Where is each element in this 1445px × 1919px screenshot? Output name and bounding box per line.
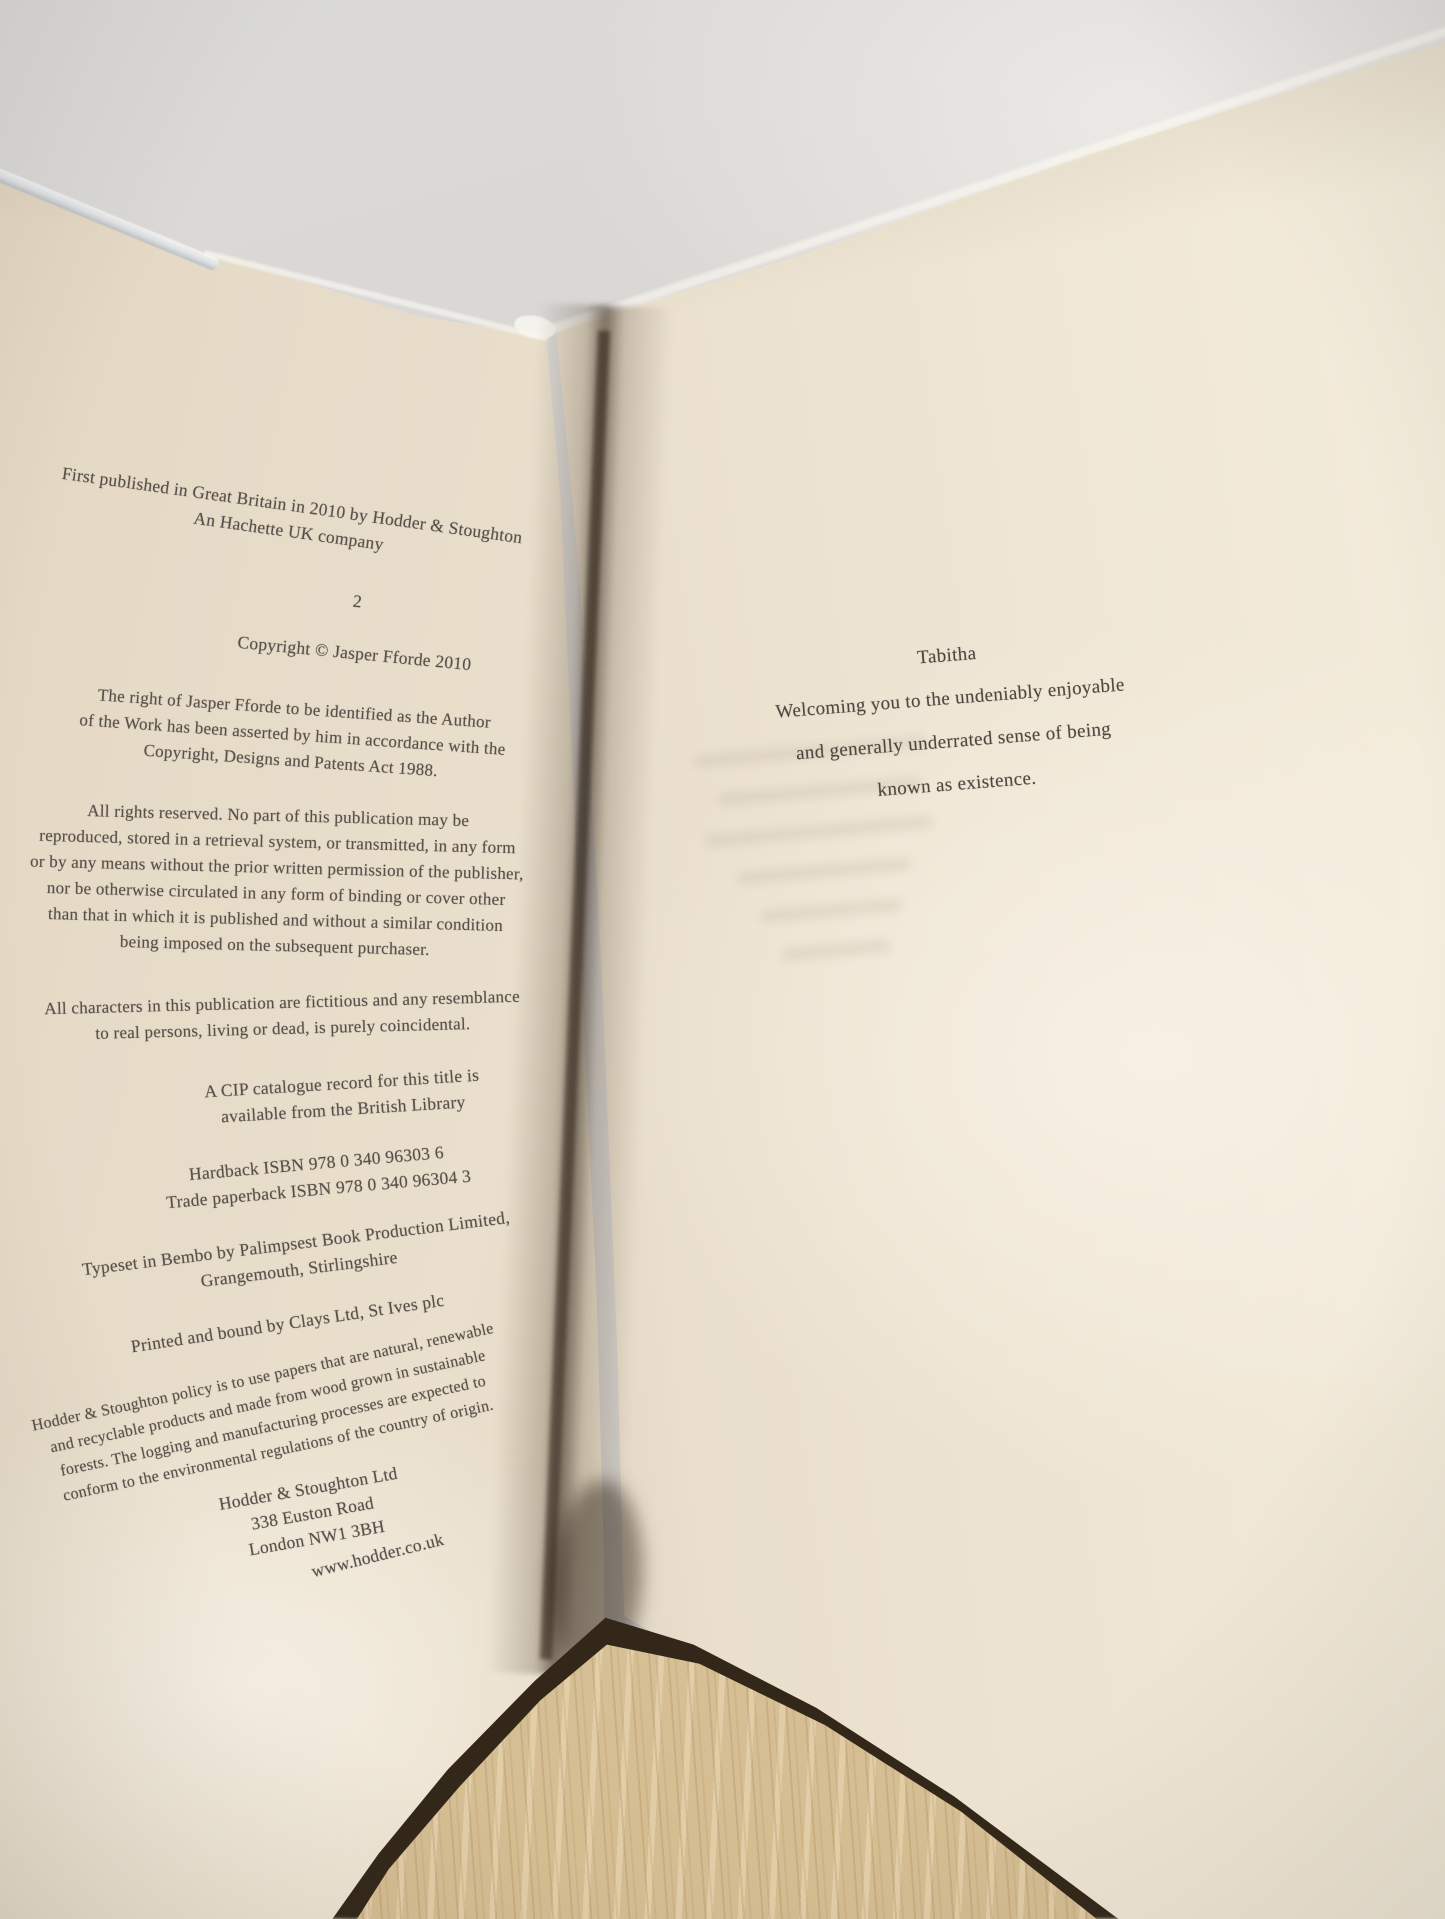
ghost-text-line xyxy=(760,899,902,922)
dedication-line: known as existence. xyxy=(699,751,1215,818)
text-line: Hodder & Stoughton policy is to use pape… xyxy=(8,1312,517,1444)
dedication-line: and generally underrated sense of being xyxy=(696,708,1212,775)
ghost-text-line xyxy=(717,777,922,806)
copyright-text-block: All characters in this publication are f… xyxy=(24,983,540,1048)
text-line: reproduced, stored in a retrieval system… xyxy=(20,822,536,861)
text-line: The right of Jasper Fforde to be identif… xyxy=(37,678,553,740)
text-line: All rights reserved. No part of this pub… xyxy=(20,796,536,835)
copyright-text-block: Printed and bound by Clays Ltd, St Ives … xyxy=(31,1272,544,1374)
ghost-text-line xyxy=(692,736,927,767)
show-through-text xyxy=(680,733,980,996)
text-line: Typeset in Bembo by Palimpsest Book Prod… xyxy=(39,1199,553,1288)
text-line: First published in Great Britain in 2010… xyxy=(36,456,550,553)
text-line: Copyright, Designs and Patents Act 1988. xyxy=(33,730,549,792)
copyright-text-block: Typeset in Bembo by Palimpsest Book Prod… xyxy=(39,1199,556,1313)
text-line: conform to the environmental regulations… xyxy=(24,1385,533,1517)
copyright-text-block: Hardback ISBN 978 0 340 96303 6Trade pap… xyxy=(59,1128,577,1225)
text-line: All characters in this publication are f… xyxy=(24,983,540,1022)
ghost-text-line xyxy=(705,816,933,847)
text-line: nor be otherwise circulated in any form … xyxy=(18,874,534,913)
dedication-line: Welcoming you to the undeniably enjoyabl… xyxy=(692,665,1208,732)
dedication-line: Tabitha xyxy=(689,622,1205,689)
text-line: Printed and bound by Clays Ltd, St Ives … xyxy=(31,1272,544,1374)
ghost-text-line xyxy=(736,858,911,884)
text-line: An Hachette UK company xyxy=(32,482,546,579)
text-line: Trade paperback ISBN 978 0 340 96304 3 xyxy=(61,1154,576,1225)
ghost-text-line xyxy=(781,940,892,961)
text-line: Hodder & Stoughton Ltd xyxy=(52,1432,564,1546)
text-line: to real persons, living or dead, is pure… xyxy=(25,1009,541,1048)
photo-open-book: First published in Great Britain in 2010… xyxy=(0,0,1445,1919)
text-line: being imposed on the subsequent purchase… xyxy=(17,926,533,965)
copyright-text-block: All rights reserved. No part of this pub… xyxy=(17,796,536,965)
text-line: and recyclable products and made from wo… xyxy=(13,1336,522,1468)
text-line: forests. The logging and manufacturing p… xyxy=(19,1360,528,1492)
text-line: than that in which it is published and w… xyxy=(18,900,534,939)
copyright-text-block: The right of Jasper Fforde to be identif… xyxy=(33,678,552,792)
copyright-text-block: First published in Great Britain in 2010… xyxy=(32,456,549,579)
text-line: Hardback ISBN 978 0 340 96303 6 xyxy=(59,1128,574,1199)
dedication-text: TabithaWelcoming you to the undeniably e… xyxy=(689,622,1216,834)
copyright-text-block: Hodder & Stoughton policy is to use pape… xyxy=(8,1312,533,1517)
text-line: or by any means without the prior writte… xyxy=(19,848,535,887)
text-line: Grangemouth, Stirlingshire xyxy=(42,1225,556,1314)
text-line: of the Work has been asserted by him in … xyxy=(35,704,551,766)
